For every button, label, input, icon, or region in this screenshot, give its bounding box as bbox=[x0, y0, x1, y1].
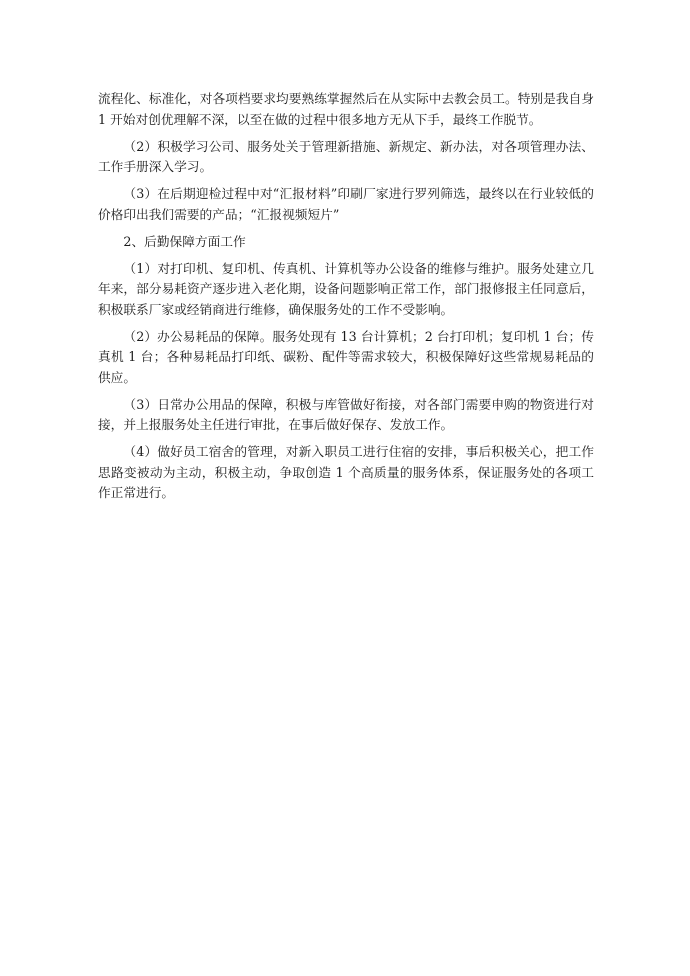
paragraph-section1-item3: （3）在后期迎检过程中对“汇报材料”印刷厂家进行罗列筛选，最终以在行业较低的价格… bbox=[98, 184, 594, 225]
paragraph-continuation: 流程化、标准化，对各项档要求均要熟练掌握然后在从实际中去教会员工。特别是我自身 … bbox=[98, 89, 594, 130]
paragraph-section1-item2: （2）积极学习公司、服务处关于管理新措施、新规定、新办法，对各项管理办法、工作手… bbox=[98, 137, 594, 178]
section2-heading: 2、后勤保障方面工作 bbox=[98, 232, 594, 253]
paragraph-section2-item2: （2）办公易耗品的保障。服务处现有 13 台计算机；2 台打印机；复印机 1 台… bbox=[98, 327, 594, 389]
document-text-body: 流程化、标准化，对各项档要求均要熟练掌握然后在从实际中去教会员工。特别是我自身 … bbox=[98, 89, 594, 504]
paragraph-section2-item1: （1）对打印机、复印机、传真机、计算机等办公设备的维修与维护。服务处建立几年来，… bbox=[98, 259, 594, 321]
document-page: 流程化、标准化，对各项档要求均要熟练掌握然后在从实际中去教会员工。特别是我自身 … bbox=[0, 0, 690, 976]
paragraph-section2-item4: （4）做好员工宿舍的管理，对新入职员工进行住宿的安排，事后积极关心，把工作思路变… bbox=[98, 442, 594, 504]
paragraph-section2-item3: （3）日常办公用品的保障，积极与库管做好衔接，对各部门需要申购的物资进行对接，并… bbox=[98, 395, 594, 436]
